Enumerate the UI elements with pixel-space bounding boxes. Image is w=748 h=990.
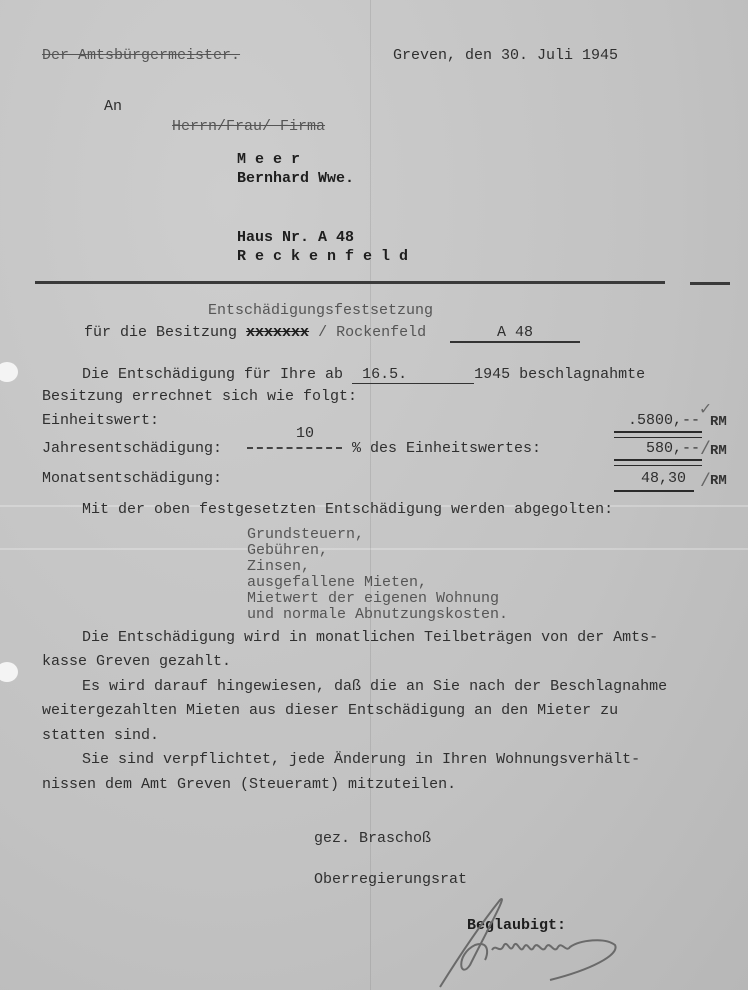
salutation: An (104, 98, 122, 115)
struck-text: xxxxxxx (246, 324, 309, 341)
subject-title: Entschädigungsfestsetzung (208, 302, 433, 319)
signed-by: gez. Braschoß (314, 830, 431, 847)
subject-house-no: A 48 (450, 324, 580, 343)
percent-blank-line (247, 447, 342, 449)
handwritten-signature (430, 895, 620, 990)
jahres-value: 580,-- (614, 440, 700, 457)
covered-item: ausgefallene Mieten, (247, 574, 427, 591)
monats-label: Monatsentschädigung: (42, 470, 222, 487)
paragraph-2-line: statten sind. (42, 727, 159, 744)
jahres-label: Jahresentschädigung: (42, 440, 222, 457)
recipient-house: Haus Nr. A 48 (237, 229, 354, 246)
covered-item: und normale Abnutzungskosten. (247, 606, 508, 623)
paragraph-1-line: kasse Greven gezahlt. (42, 653, 231, 670)
subject-prefix: für die Besitzung (84, 324, 237, 341)
punch-hole (0, 362, 18, 382)
currency-label: RM (710, 473, 727, 489)
currency-label: RM (710, 414, 727, 430)
intro-prefix: Die Entschädigung für Ihre ab (82, 366, 343, 383)
recipient-surname: M e e r (237, 151, 300, 168)
percent-suffix: % des Einheitswertes: (352, 440, 541, 457)
double-underline (614, 459, 702, 466)
checkmark-icon: / (700, 440, 711, 460)
covered-item: Gebühren, (247, 542, 328, 559)
place-date: Greven, den 30. Juli 1945 (393, 47, 618, 64)
sender-line: Der Amtsbürgermeister. (42, 47, 240, 64)
subject-place: / Rockenfeld (318, 324, 426, 341)
divider-rule (690, 282, 730, 285)
intro-line2: Besitzung errechnet sich wie folgt: (42, 388, 357, 405)
einheitswert-value: .5800,-- (614, 412, 700, 429)
document-page: Der Amtsbürgermeister. Greven, den 30. J… (0, 0, 748, 990)
covered-item: Mietwert der eigenen Wohnung (247, 590, 499, 607)
einheitswert-label: Einheitswert: (42, 412, 159, 429)
paragraph-1-line: Die Entschädigung wird in monatlichen Te… (82, 629, 658, 646)
paragraph-2-line: weitergezahlten Mieten aus dieser Entsch… (42, 702, 618, 719)
monats-value: 48,30 (614, 470, 686, 487)
percent-value: 10 (296, 425, 314, 442)
form-label: Herrn/Frau/ Firma (172, 118, 325, 135)
checkmark-icon: ✓ (700, 398, 711, 420)
checkmark-icon: / (700, 472, 711, 492)
covered-item: Zinsen, (247, 558, 310, 575)
recipient-town: R e c k e n f e l d (237, 248, 408, 265)
divider-rule (35, 281, 665, 284)
underline (614, 490, 694, 492)
date-value: 16.5. (352, 366, 474, 384)
recipient-name: Bernhard Wwe. (237, 170, 354, 187)
double-underline (614, 431, 702, 438)
subject-line: für die Besitzung xxxxxxx / Rockenfeld (84, 324, 426, 341)
punch-hole (0, 662, 18, 682)
paragraph-3-line: nissen dem Amt Greven (Steueramt) mitzut… (42, 776, 456, 793)
intro-line1: Die Entschädigung für Ihre ab 16.5.1945 … (82, 366, 645, 384)
signer-title: Oberregierungsrat (314, 871, 467, 888)
currency-label: RM (710, 443, 727, 459)
paragraph-2-line: Es wird darauf hingewiesen, daß die an S… (82, 678, 667, 695)
paragraph-3-line: Sie sind verpflichtet, jede Änderung in … (82, 751, 640, 768)
fold-line (0, 548, 748, 550)
covered-intro: Mit der oben festgesetzten Entschädigung… (82, 501, 613, 518)
intro-suffix: 1945 beschlagnahmte (474, 366, 645, 383)
covered-item: Grundsteuern, (247, 526, 364, 543)
